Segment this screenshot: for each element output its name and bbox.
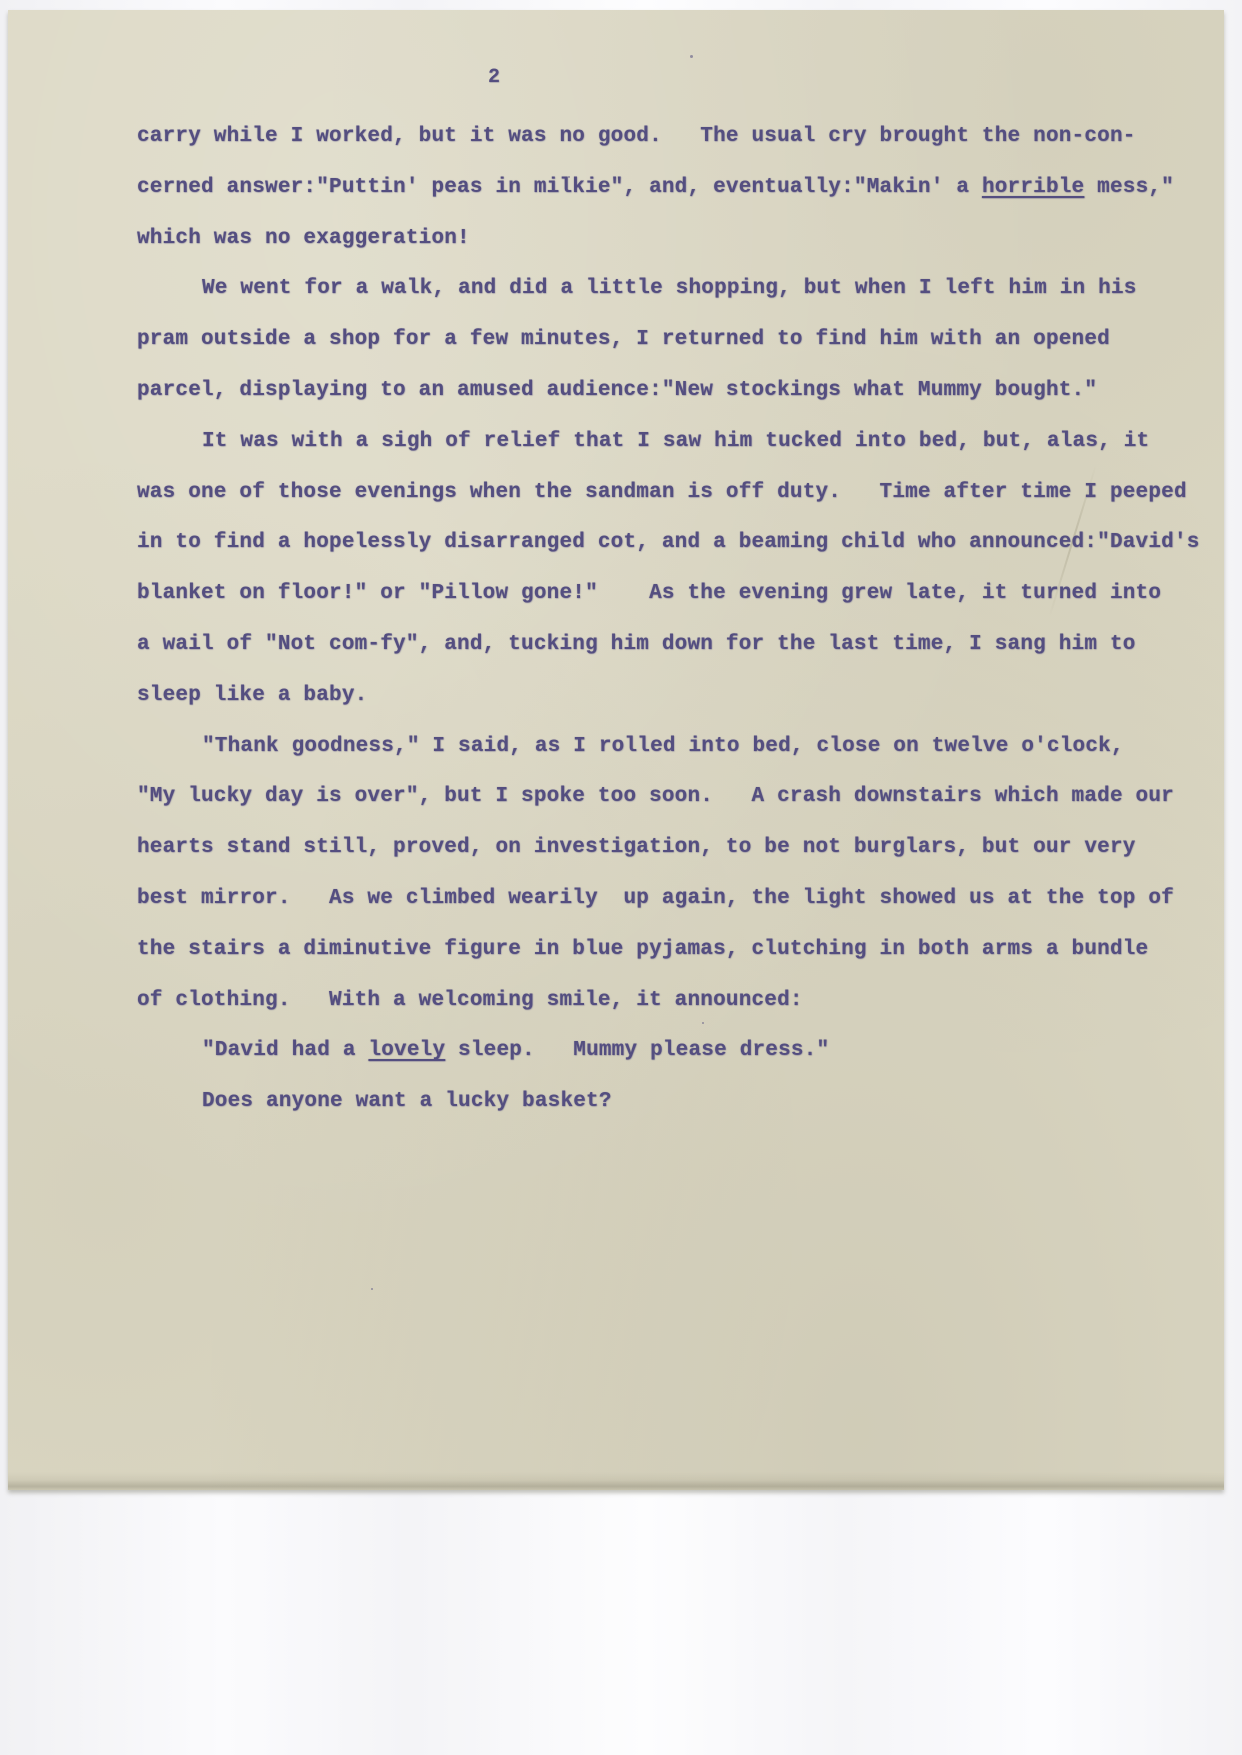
text-line: "Thank goodness," I said, as I rolled in… <box>137 722 1224 773</box>
text-line: "David had a lovely sleep. Mummy please … <box>137 1026 1224 1077</box>
text-line: carry while I worked, but it was no good… <box>137 112 1224 163</box>
text-line: "My lucky day is over", but I spoke too … <box>137 772 1224 823</box>
text-line: blanket on floor!" or "Pillow gone!" As … <box>137 569 1224 620</box>
text-line: in to find a hopelessly disarranged cot,… <box>137 518 1224 569</box>
text-line: best mirror. As we climbed wearily up ag… <box>137 874 1224 925</box>
text-line: It was with a sigh of relief that I saw … <box>137 417 1224 468</box>
text-line: hearts stand still, proved, on investiga… <box>137 823 1224 874</box>
ink-speck <box>371 1288 373 1290</box>
page-number: 2 <box>488 66 1224 90</box>
text-line: sleep like a baby. <box>137 671 1224 722</box>
paper-sheet: 2 carry while I worked, but it was no go… <box>8 10 1224 1490</box>
typed-content: 2 carry while I worked, but it was no go… <box>8 10 1224 1128</box>
text-line: was one of those evenings when the sandm… <box>137 468 1224 519</box>
text-line: the stairs a diminutive figure in blue p… <box>137 925 1224 976</box>
text-line: a wail of "Not com-fy", and, tucking him… <box>137 620 1224 671</box>
text-line: of clothing. With a welcoming smile, it … <box>137 976 1224 1027</box>
text-line: which was no exaggeration! <box>137 214 1224 265</box>
text-line: cerned answer:"Puttin' peas in milkie", … <box>137 163 1224 214</box>
underlined-word: horrible <box>982 176 1084 199</box>
typed-text: carry while I worked, but it was no good… <box>137 112 1224 1128</box>
text-line: We went for a walk, and did a little sho… <box>137 264 1224 315</box>
text-line: Does anyone want a lucky basket? <box>137 1077 1224 1128</box>
text-line: parcel, displaying to an amused audience… <box>137 366 1224 417</box>
text-line: pram outside a shop for a few minutes, I… <box>137 315 1224 366</box>
underlined-word: lovely <box>368 1039 445 1062</box>
